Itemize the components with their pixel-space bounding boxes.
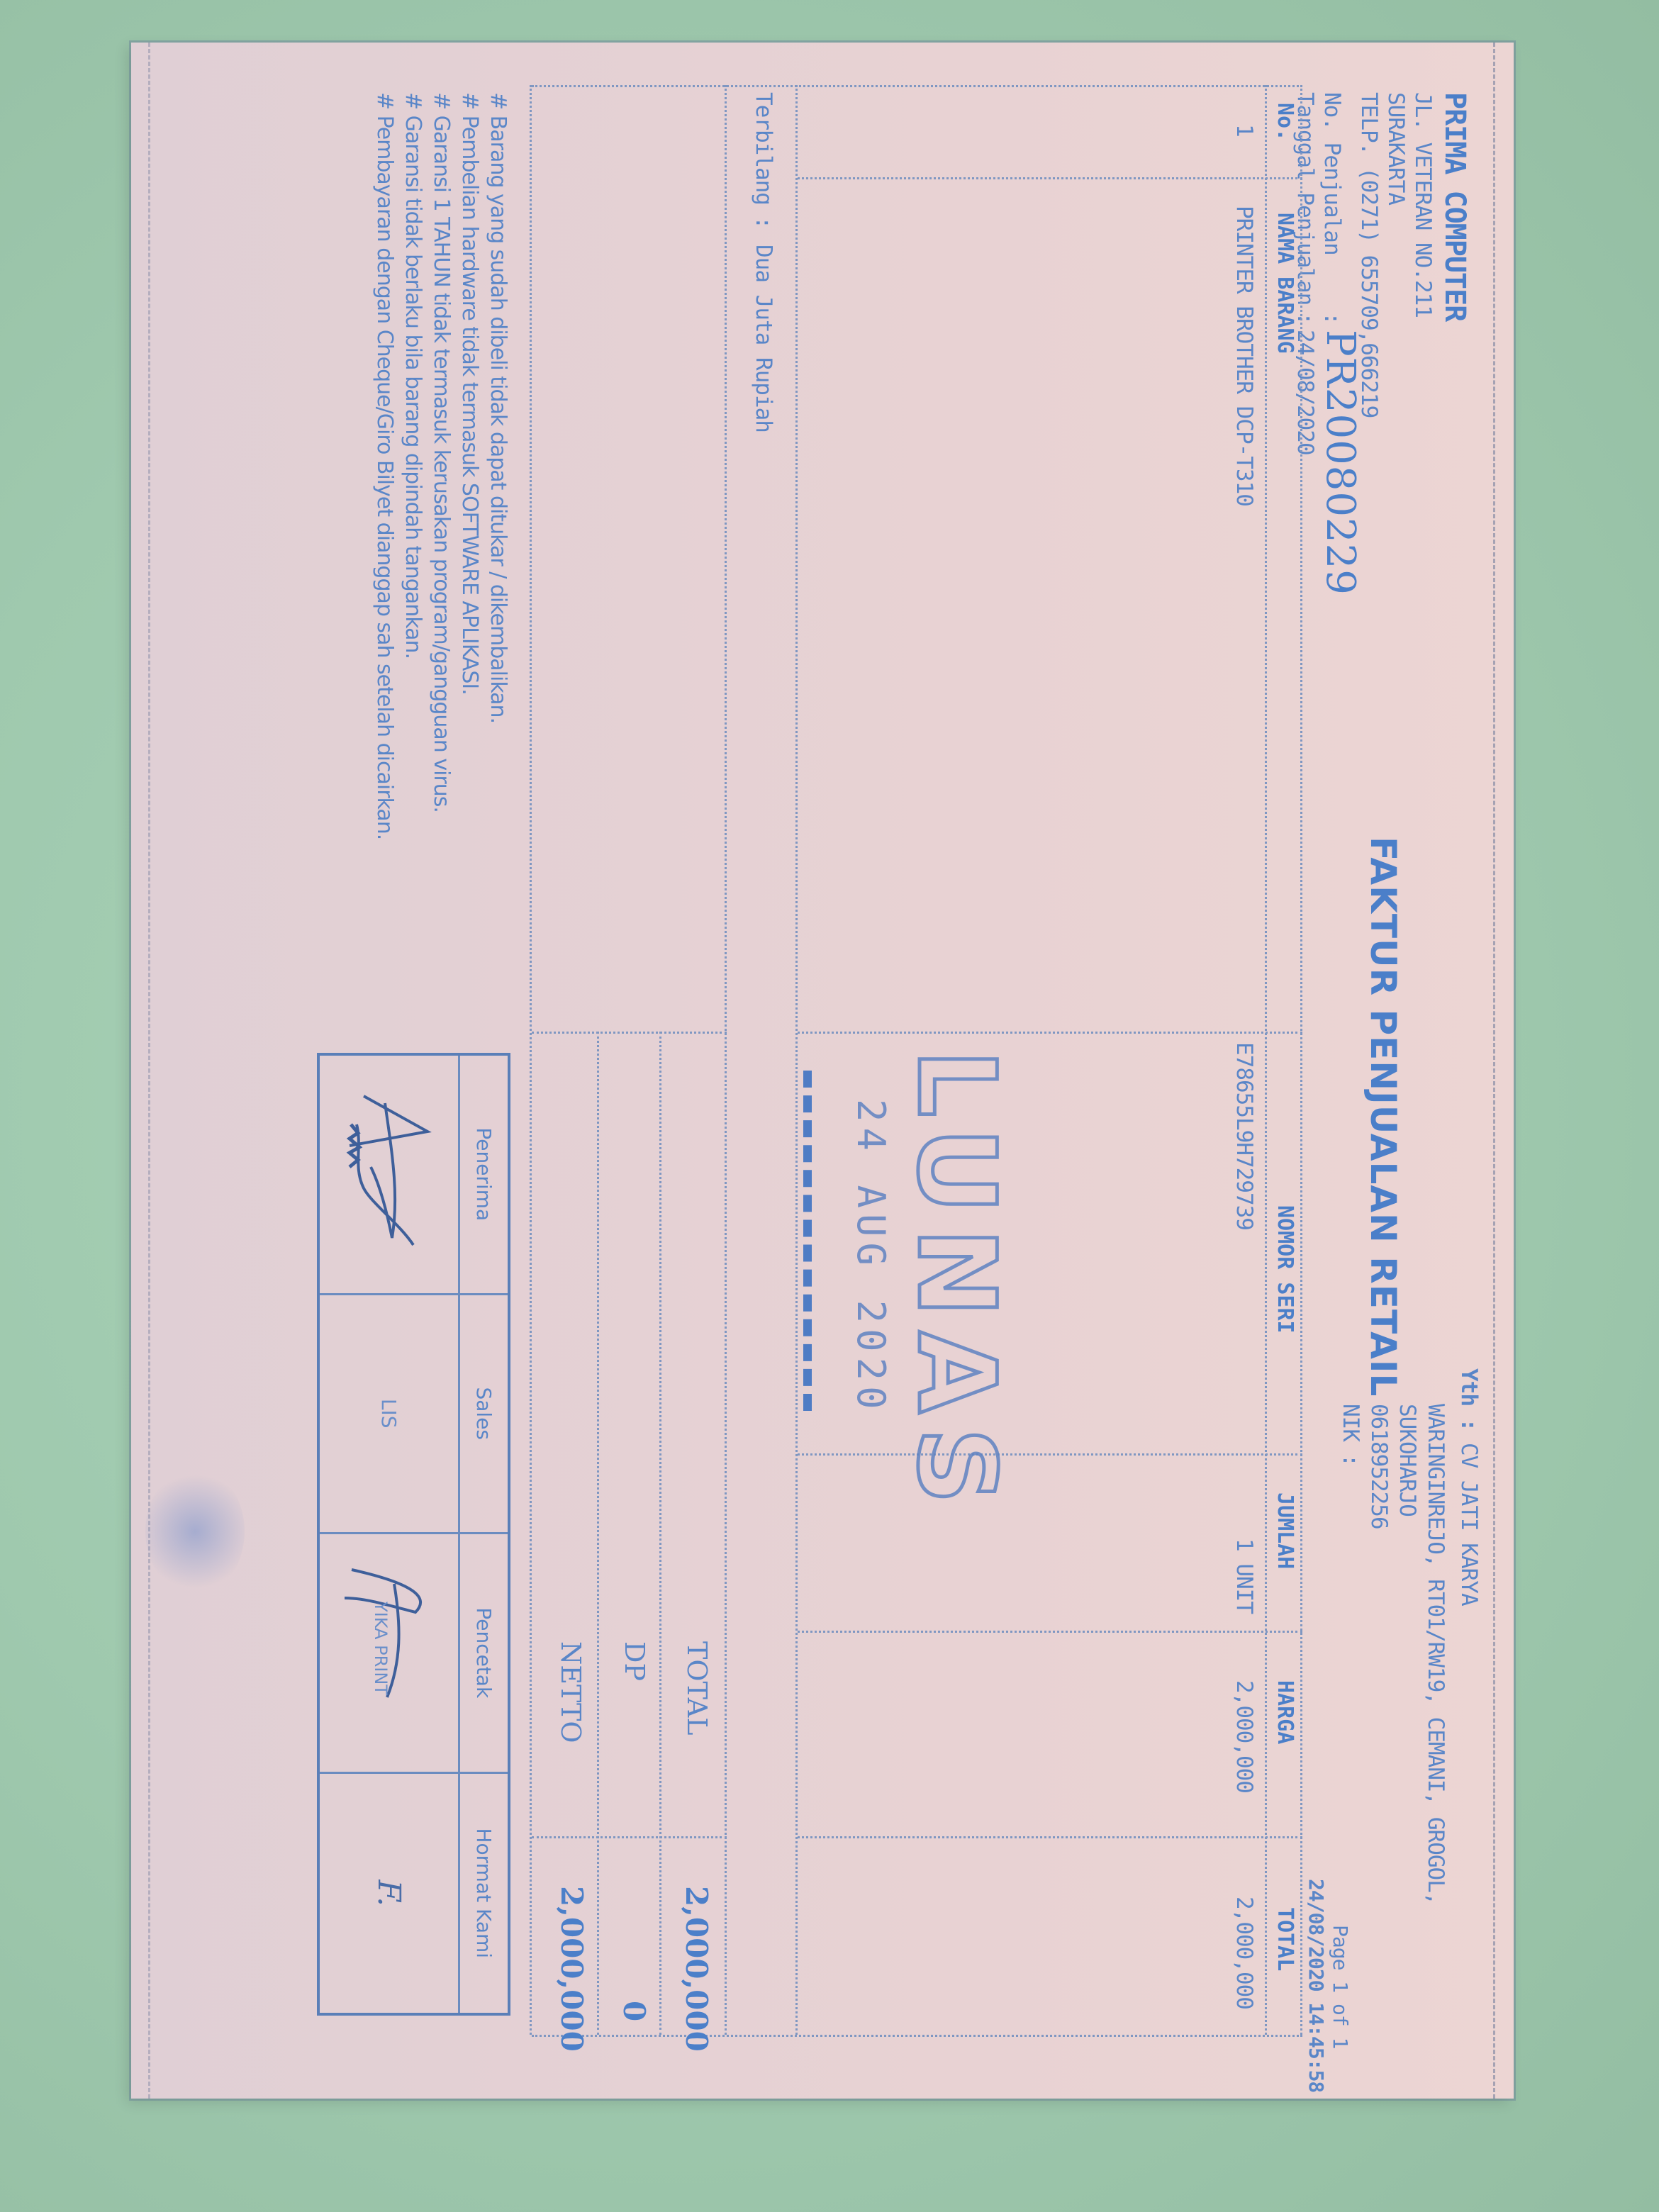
table-bottom-rule bbox=[795, 85, 798, 2035]
sig-header-receiver: Penerima bbox=[458, 1056, 508, 1295]
paid-stamp-word: LUNAS bbox=[894, 1049, 1017, 1519]
invoice-paper: PRIMA COMPUTER JL. VETERAN NO.211 SURAKA… bbox=[131, 43, 1514, 2099]
table-top-rule bbox=[1300, 85, 1302, 2035]
buyer-nik-label: NIK : bbox=[1338, 1404, 1363, 1466]
buyer-label: Yth : bbox=[1456, 1368, 1482, 1431]
col-qty-rule bbox=[798, 1631, 1302, 1633]
col-name-rule bbox=[798, 1032, 1302, 1034]
sig-regards-initial: F. bbox=[371, 1879, 407, 1906]
header-qty: JUMLAH bbox=[1273, 1492, 1297, 1569]
sig-sales: LIS bbox=[320, 1295, 458, 1535]
handwritten-signature-icon bbox=[336, 1082, 442, 1266]
row-serial: E78655L9H729739 bbox=[1231, 1042, 1257, 1230]
words-bottom-rule bbox=[725, 85, 727, 2035]
sig-printer-name: YIKA PRINT bbox=[371, 1602, 391, 1695]
total-label: TOTAL bbox=[681, 1641, 713, 1735]
sig-regards: F. bbox=[320, 1774, 458, 2013]
paid-stamp: LUNAS 24 AUG 2020 bbox=[894, 1049, 1017, 1519]
invoice-number-label: No. Penjualan bbox=[1319, 92, 1345, 255]
amount-words-sep: : bbox=[751, 216, 776, 229]
netto-value: 2,000,000 bbox=[554, 1886, 589, 2052]
netto-label: NETTO bbox=[555, 1641, 586, 1743]
seller-name: PRIMA COMPUTER bbox=[1439, 92, 1471, 321]
sig-header-label: Hormat Kami bbox=[472, 1828, 496, 1958]
invoice-number-sep: : bbox=[1319, 312, 1345, 325]
buyer-phone: 0618952256 bbox=[1366, 1404, 1392, 1529]
dp-label: DP bbox=[619, 1641, 650, 1681]
table-header-rule bbox=[1265, 85, 1267, 2035]
netto-rule bbox=[597, 1032, 599, 2035]
row-price: 2,000,000 bbox=[1231, 1680, 1257, 1793]
note-item: # Barang yang sudah dibeli tidak dapat d… bbox=[486, 92, 510, 723]
totals-bottom-rule bbox=[530, 85, 532, 2035]
sig-header-label: Pencetak bbox=[472, 1607, 496, 1698]
sig-receiver bbox=[320, 1056, 458, 1295]
col-no-rule bbox=[798, 177, 1302, 179]
totals-left-rule bbox=[532, 1032, 727, 1034]
row-item-name: PRINTER BROTHER DCP-T310 bbox=[1231, 206, 1257, 506]
sig-printer: YIKA PRINT bbox=[320, 1534, 458, 1774]
buyer-address: WARINGINREJO, RT01/RW19, CEMANI, GROGOL, bbox=[1423, 1404, 1448, 1905]
total-value: 2,000,000 bbox=[679, 1886, 714, 2052]
invoice-number: PR20080229 bbox=[1317, 330, 1363, 596]
amount-words-value: Dua Juta Rupiah bbox=[751, 245, 776, 432]
signature-table: Penerima Sales Pencetak Hormat Kami LIS … bbox=[317, 1053, 510, 2016]
table-right-rule bbox=[532, 2035, 1302, 2037]
col-price-rule bbox=[798, 1836, 1302, 1838]
note-item: # Pembayaran dengan Cheque/Giro Bilyet d… bbox=[372, 92, 397, 839]
rotated-photo-stage: PRIMA COMPUTER JL. VETERAN NO.211 SURAKA… bbox=[0, 0, 1659, 2212]
ink-smudge bbox=[145, 1468, 245, 1595]
sig-header-label: Sales bbox=[472, 1387, 496, 1440]
printed-timestamp: 24/08/2020 14:45:58 bbox=[1305, 1879, 1328, 2092]
amount-words-label: Terbilang bbox=[751, 92, 776, 205]
sig-header-regards: Hormat Kami bbox=[458, 1774, 508, 2013]
stamp-dashed-rule bbox=[803, 1071, 812, 1411]
handwritten-initial-icon bbox=[337, 1555, 444, 1711]
note-item: # Garansi 1 TAHUN tidak termasuk kerusak… bbox=[429, 92, 454, 812]
paid-stamp-date: 24 AUG 2020 bbox=[849, 1099, 893, 1415]
sig-sales-name: LIS bbox=[377, 1399, 401, 1429]
row-qty: 1 UNIT bbox=[1231, 1538, 1257, 1614]
header-total: TOTAL bbox=[1273, 1907, 1297, 1971]
header-price: HARGA bbox=[1273, 1680, 1297, 1744]
note-item: # Pembelian hardware tidak termasuk SOFT… bbox=[457, 92, 482, 695]
dp-rule bbox=[659, 1032, 661, 2035]
page-indicator: Page 1 of 1 bbox=[1329, 1925, 1352, 2048]
sig-header-printer: Pencetak bbox=[458, 1534, 508, 1774]
header-serial: NOMOR SERI bbox=[1273, 1205, 1297, 1334]
dp-value: 0 bbox=[617, 2001, 652, 2021]
document-title: FAKTUR PENJUALAN RETAIL bbox=[1363, 837, 1404, 1397]
totals-mid-rule bbox=[532, 1836, 727, 1838]
col-serial-rule bbox=[798, 1453, 1302, 1456]
sig-header-sales: Sales bbox=[458, 1295, 508, 1535]
seller-city: SURAKARTA bbox=[1383, 92, 1409, 205]
row-no: 1 bbox=[1231, 124, 1257, 137]
note-item: # Garansi tidak berlaku bila barang dipi… bbox=[401, 92, 425, 659]
table-left-rule bbox=[532, 85, 1302, 87]
header-item-name: NAMA BARANG bbox=[1273, 213, 1297, 354]
buyer-name: CV JATI KARYA bbox=[1456, 1443, 1482, 1606]
header-no: No. bbox=[1273, 103, 1297, 141]
seller-address: JL. VETERAN NO.211 bbox=[1410, 92, 1436, 318]
sig-header-label: Penerima bbox=[472, 1127, 496, 1221]
row-total: 2,000,000 bbox=[1231, 1897, 1257, 2009]
buyer-city: SUKOHARJO bbox=[1395, 1404, 1420, 1516]
